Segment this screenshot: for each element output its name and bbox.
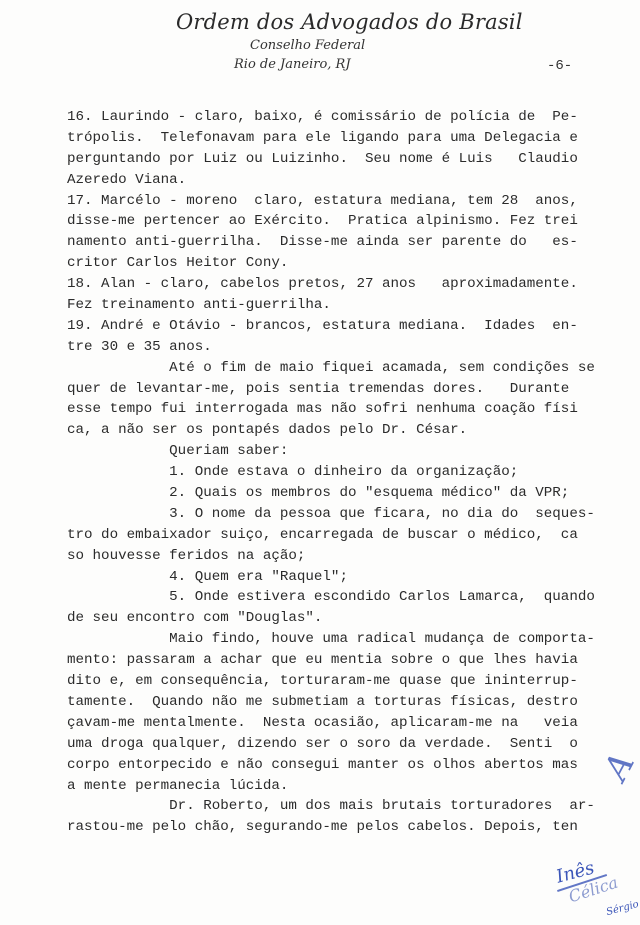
letterhead-city: Rio de Janeiro, RJ	[234, 57, 351, 72]
text-line: so houvesse feridos na ação;	[67, 546, 587, 567]
text-line: 18. Alan - claro, cabelos pretos, 27 ano…	[67, 274, 587, 295]
handwritten-initial: Sérgio	[605, 899, 640, 918]
page-number: -6-	[547, 58, 572, 74]
text-line: namento anti-guerrilha. Disse-me ainda s…	[67, 232, 587, 253]
text-line: tro do embaixador suiço, encarregada de …	[67, 525, 587, 546]
text-line: de seu encontro com "Douglas".	[67, 608, 587, 629]
typewritten-body: 16. Laurindo - claro, baixo, é comissári…	[67, 107, 587, 838]
text-line: quer de levantar-me, pois sentia tremend…	[67, 379, 587, 400]
letterhead-organization: Ordem dos Advogados do Brasil	[176, 10, 523, 34]
text-line: uma droga qualquer, dizendo ser o soro d…	[67, 734, 587, 755]
text-line: Queriam saber:	[67, 441, 587, 462]
text-line: mento: passaram a achar que eu mentia so…	[67, 650, 587, 671]
text-line: rastou-me pelo chão, segurando-me pelos …	[67, 817, 587, 838]
text-line: Maio findo, houve uma radical mudança de…	[67, 629, 587, 650]
text-line: Dr. Roberto, um dos mais brutais tortura…	[67, 796, 587, 817]
text-line: tamente. Quando não me submetiam a tortu…	[67, 692, 587, 713]
text-line: 5. Onde estivera escondido Carlos Lamarc…	[67, 587, 587, 608]
text-line: 19. André e Otávio - brancos, estatura m…	[67, 316, 587, 337]
text-line: 4. Quem era "Raquel";	[67, 567, 587, 588]
document-page: Ordem dos Advogados do Brasil Conselho F…	[0, 0, 640, 925]
text-line: critor Carlos Heitor Cony.	[67, 253, 587, 274]
text-line: Até o fim de maio fiquei acamada, sem co…	[67, 358, 587, 379]
text-line: Fez treinamento anti-guerrilha.	[67, 295, 587, 316]
text-line: corpo entorpecido e não consegui manter …	[67, 755, 587, 776]
text-line: perguntando por Luiz ou Luizinho. Seu no…	[67, 149, 587, 170]
text-line: çavam-me mentalmente. Nesta ocasião, apl…	[67, 713, 587, 734]
text-line: a mente permanecia lúcida.	[67, 776, 587, 797]
text-line: 1. Onde estava o dinheiro da organização…	[67, 462, 587, 483]
text-line: 16. Laurindo - claro, baixo, é comissári…	[67, 107, 587, 128]
text-line: 17. Marcélo - moreno claro, estatura med…	[67, 191, 587, 212]
text-line: 3. O nome da pessoa que ficara, no dia d…	[67, 504, 587, 525]
text-line: tre 30 e 35 anos.	[67, 337, 587, 358]
text-line: trópolis. Telefonavam para ele ligando p…	[67, 128, 587, 149]
text-line: Azeredo Viana.	[67, 170, 587, 191]
text-line: esse tempo fui interrogada mas não sofri…	[67, 399, 587, 420]
text-line: ca, a não ser os pontapés dados pelo Dr.…	[67, 420, 587, 441]
text-line: 2. Quais os membros do "esquema médico" …	[67, 483, 587, 504]
text-line: disse-me pertencer ao Exército. Pratica …	[67, 211, 587, 232]
letterhead-council: Conselho Federal	[250, 38, 365, 53]
text-line: dito e, em consequência, torturaram-me q…	[67, 671, 587, 692]
handwritten-signature: A	[596, 746, 640, 786]
